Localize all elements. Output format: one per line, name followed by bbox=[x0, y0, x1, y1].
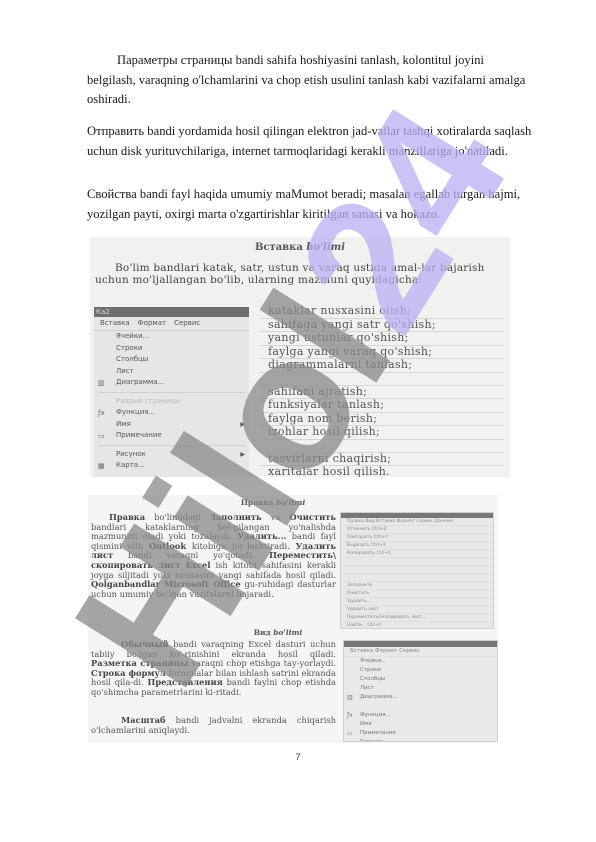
screenshot-menu-label: Рисунок bbox=[360, 739, 383, 742]
bold-term: Qolganbandlar Microsoft Office bbox=[91, 579, 241, 589]
menu-item-label: Рисунок bbox=[116, 450, 146, 458]
text-run: va bbox=[262, 512, 290, 522]
scanned-figure-insert-section: Вставка bo'limi Bo'lim bandlari katak, s… bbox=[90, 237, 510, 477]
list-line: kataklar nusxasini olish; bbox=[260, 305, 504, 319]
view-title-italic: bo'limi bbox=[273, 628, 302, 637]
list-line: yangi ustunlar qo'shish; bbox=[260, 332, 504, 346]
menu-item: ▥Диаграмма... bbox=[94, 377, 249, 389]
screenshot-row bbox=[341, 574, 493, 582]
menu-item: Имя▶ bbox=[94, 419, 249, 431]
menu-separator bbox=[98, 445, 245, 446]
bold-term: Удалить... bbox=[237, 531, 286, 541]
chart-icon: ▥ bbox=[98, 378, 110, 386]
edit-section-text: Правка bo'limidagi Заполнить va Очистить… bbox=[91, 513, 336, 599]
screenshot-menu-item: Строки bbox=[344, 666, 497, 675]
menu-item: Столбцы bbox=[94, 354, 249, 366]
screenshot-menu-item: ▥Диаграмма... bbox=[344, 693, 497, 702]
bold-term: Представления bbox=[148, 677, 223, 687]
screenshot-menu-label: Имя bbox=[360, 721, 372, 727]
menu-item: Рисунок▶ bbox=[94, 449, 249, 461]
list-line: funksiyalar tanlash; bbox=[260, 399, 504, 413]
list-line: tasvirlarni chaqirish; bbox=[260, 453, 504, 467]
chart-icon: ▥ bbox=[347, 693, 353, 702]
paragraph-text: Свойства bandi fayl haqida umumiy maMumo… bbox=[87, 185, 535, 224]
menu-bar-item: Формат bbox=[138, 319, 166, 327]
submenu-arrow-icon: ▶ bbox=[240, 449, 245, 461]
menu-item-label: Имя bbox=[116, 420, 131, 428]
menu-item: ▭Примечание bbox=[94, 430, 249, 442]
screenshot-row: Переместить/скопировать лист... bbox=[341, 614, 493, 622]
list-line: sahifaga yangi satr qo'shish; bbox=[260, 319, 504, 333]
screenshot-row: Удалить... bbox=[341, 598, 493, 606]
menu-item-label: Диаграмма... bbox=[116, 378, 164, 386]
bold-term: Заполнить bbox=[210, 512, 262, 522]
screenshot-menu-label: Диаграмма... bbox=[360, 694, 398, 700]
menu-item-label: Лист bbox=[116, 367, 134, 375]
bold-term: Масштаб bbox=[121, 715, 166, 725]
screenshot-row: Найти... Ctrl+F bbox=[341, 622, 493, 629]
menu-item-label: Карта... bbox=[116, 461, 145, 469]
page-number: 7 bbox=[0, 752, 596, 762]
screenshot-menu-item: ƒxФункция... bbox=[344, 711, 497, 720]
list-line: sahifani ajratish; bbox=[260, 386, 504, 400]
figure-title-plain: Вставка bbox=[255, 242, 303, 253]
bold-term: Outlook bbox=[149, 541, 186, 551]
list-gap bbox=[260, 373, 504, 386]
screenshot-menu-label: Столбцы bbox=[360, 676, 385, 682]
screenshot-menu-item: Ячейки... bbox=[344, 657, 497, 666]
note-icon: ▭ bbox=[98, 431, 110, 439]
screenshot-menu-item: ▭Примечание bbox=[344, 729, 497, 738]
screenshot-menu-label: Строки bbox=[360, 667, 381, 673]
insert-menu-screenshot: Ка2 ВставкаФорматСервис Ячейки...СтрокиС… bbox=[94, 307, 249, 477]
scanned-figure-edit-view-sections: Правка bo'limi Правка bo'limidagi Заполн… bbox=[88, 495, 498, 743]
menu-item-label: Строки bbox=[116, 344, 142, 352]
map-icon: ▦ bbox=[98, 461, 110, 469]
bold-term: Строка формул bbox=[91, 668, 166, 678]
paragraph-properties: Свойства bandi fayl haqida umumiy maMumo… bbox=[87, 185, 535, 224]
view-title-plain: Вид bbox=[254, 628, 271, 637]
screenshot-menubar: Вставка Формат Сервис bbox=[344, 647, 497, 657]
screenshot-row: Заполнить bbox=[341, 582, 493, 590]
fx-icon: ƒx bbox=[98, 408, 110, 416]
paragraph-page-setup: Параметры страницы bandi sahifa hoshiyas… bbox=[87, 51, 535, 110]
menu-item-label: Ячейки... bbox=[116, 332, 149, 340]
view-section-text: Обычный bandi varaqning Excel dasturi uc… bbox=[91, 640, 336, 698]
list-line: xaritalar hosil qilish. bbox=[260, 466, 504, 477]
menu-item: ▦Карта... bbox=[94, 460, 249, 472]
menu-separator bbox=[98, 392, 245, 393]
screenshot-menu-item: Столбцы bbox=[344, 675, 497, 684]
view-section-title: Вид bo'limi bbox=[208, 628, 348, 637]
document-page: Параметры страницы bandi sahifa hoshiyas… bbox=[0, 0, 596, 842]
screenshot-menu-label: Примечание bbox=[360, 730, 396, 736]
menu-item: Разрыв страницы bbox=[94, 396, 249, 408]
screenshot-rows: Правка Вид Вставка Формат Сервис ДанныеО… bbox=[341, 518, 493, 629]
paragraph-send: Отправить bandi yordamida hosil qilingan… bbox=[87, 122, 535, 161]
menu-bar-item: Вставка bbox=[100, 319, 130, 327]
screenshot-menu-items: Ячейки...СтрокиСтолбцыЛист▥Диаграмма...ƒ… bbox=[344, 657, 497, 742]
screenshot-row: Вырезать Ctrl+X bbox=[341, 542, 493, 550]
note-icon: ▭ bbox=[347, 729, 353, 738]
bold-term: Правка bbox=[109, 512, 145, 522]
view-section-zoom-text: Масштаб bandi jadvalni ekranda chiqarish… bbox=[91, 716, 336, 735]
bold-term: Разметка страницы bbox=[91, 658, 188, 668]
figure-title: Вставка bo'limi bbox=[90, 242, 510, 253]
text-run: varaqni chop etishga tay-yorlaydi. bbox=[188, 658, 336, 668]
menu-item: Строки bbox=[94, 343, 249, 355]
figure-title-italic: bo'limi bbox=[306, 242, 345, 253]
list-gap bbox=[260, 440, 504, 453]
paragraph-text: Отправить bandi yordamida hosil qilingan… bbox=[87, 122, 535, 161]
list-line: diagrammalarni tanlash; bbox=[260, 359, 504, 373]
screenshot-menu-item: Рисунок bbox=[344, 738, 497, 742]
edit-menu-screenshot: Правка Вид Вставка Формат Сервис ДанныеО… bbox=[340, 512, 494, 629]
text-run: bandi varaqni yo'qotadi. bbox=[113, 550, 269, 560]
screenshot-menu-item bbox=[344, 702, 497, 711]
screenshot-row bbox=[341, 566, 493, 574]
insert-functions-list: kataklar nusxasini olish;sahifaga yangi … bbox=[260, 305, 504, 475]
screenshot-menu-label: Ячейки... bbox=[360, 658, 386, 664]
menu-item-label: Функция... bbox=[116, 408, 155, 416]
menu-item-label: Примечание bbox=[116, 431, 162, 439]
paragraph-text: Параметры страницы bandi sahifa hoshiyas… bbox=[87, 51, 535, 110]
screenshot-row: Повторить Ctrl+Y bbox=[341, 534, 493, 542]
screenshot-row bbox=[341, 558, 493, 566]
text-run: bo'limidagi bbox=[145, 512, 210, 522]
edit-title-plain: Правка bbox=[241, 498, 274, 507]
menu-item: Ячейки... bbox=[94, 331, 249, 343]
menu-item: Лист bbox=[94, 366, 249, 378]
menu-item-label: Столбцы bbox=[116, 355, 148, 363]
menu-item-label: Разрыв страницы bbox=[116, 397, 181, 405]
screenshot-row: Копировать Ctrl+C bbox=[341, 550, 493, 558]
menu-items: Ячейки...СтрокиСтолбцыЛист▥Диаграмма...Р… bbox=[94, 331, 249, 472]
screenshot-row: Правка Вид Вставка Формат Сервис Данные bbox=[341, 518, 493, 526]
insert-menu-screenshot-small: Вставка Формат Сервис Ячейки...СтрокиСто… bbox=[343, 640, 498, 742]
edit-section-title: Правка bo'limi bbox=[188, 498, 358, 507]
screenshot-row: Очистить bbox=[341, 590, 493, 598]
figure-intro-text: Bo'lim bandlari katak, satr, ustun va va… bbox=[95, 263, 505, 286]
screenshot-row: Удалить лист bbox=[341, 606, 493, 614]
menu-bar-item: Сервис bbox=[174, 319, 200, 327]
screenshot-menu-item: Имя bbox=[344, 720, 497, 729]
edit-title-italic: bo'limi bbox=[276, 498, 305, 507]
bold-term: Очистить bbox=[289, 512, 336, 522]
menu-item: ƒxФункция... bbox=[94, 407, 249, 419]
screenshot-menu-item: Лист bbox=[344, 684, 497, 693]
submenu-arrow-icon: ▶ bbox=[240, 419, 245, 431]
screenshot-menu-label: Функция... bbox=[360, 712, 391, 718]
list-line: faylga yangi varaq qo'shish; bbox=[260, 346, 504, 360]
text-run: kitobiga joy-lashtiradi. bbox=[186, 541, 295, 551]
menu-bar: ВставкаФорматСервис bbox=[94, 317, 249, 331]
menu-titlebar: Ка2 bbox=[94, 307, 249, 317]
screenshot-row: Отменить Ctrl+Z bbox=[341, 526, 493, 534]
screenshot-menu-label: Лист bbox=[360, 685, 374, 691]
bold-term: Обычный bbox=[121, 639, 169, 649]
list-line: faylga nom berish; bbox=[260, 413, 504, 427]
list-line: izohlar hosil qilish; bbox=[260, 426, 504, 440]
fx-icon: ƒx bbox=[347, 711, 353, 720]
